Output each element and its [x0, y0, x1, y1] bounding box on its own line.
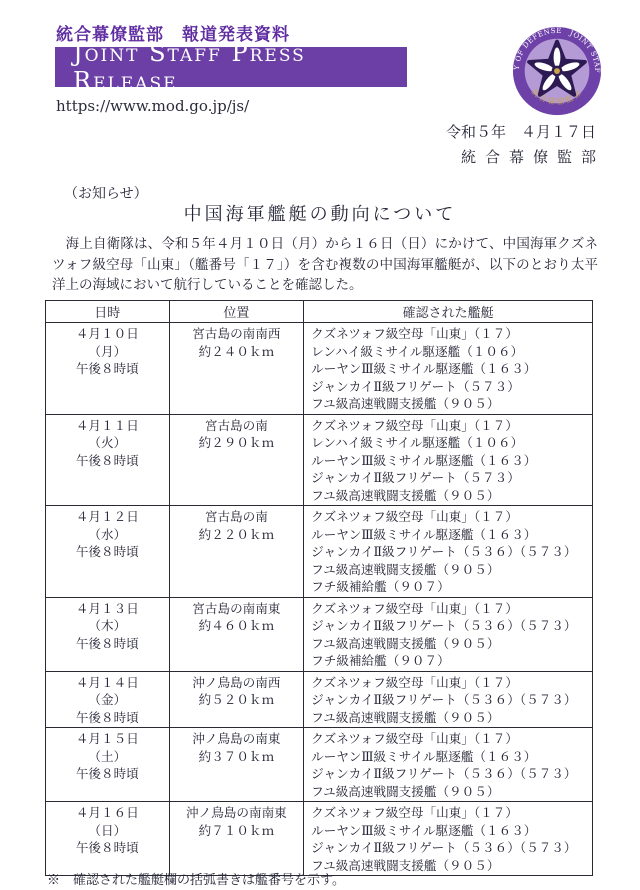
datetime-cell-line: 午後８時頃 [46, 709, 169, 727]
ships-cell: クズネツォフ級空母「山東」（１７）レンハイ級ミサイル駆逐艦（１０６）ルーヤンⅢ級… [304, 414, 593, 506]
ships-cell-line: ジャンカイⅡ級フリゲート（５７３） [311, 469, 592, 487]
position-cell-line: 約３７０ｋｍ [170, 748, 304, 766]
datetime-cell-line: ４月１１日 [46, 417, 169, 435]
datetime-cell-line: ４月１４日 [46, 674, 169, 692]
table-row: ４月１０日（月）午後８時頃宮古島の南南西約２４０ｋｍクズネツォフ級空母「山東」（… [46, 323, 593, 415]
position-cell: 宮古島の南約２２０ｋｍ [169, 506, 304, 598]
position-cell-line: 宮古島の南南東 [170, 600, 304, 618]
ships-cell-line: ジャンカイⅡ級フリゲート（５３６）（５７３） [311, 691, 592, 709]
position-cell-line: 約４６０ｋｍ [170, 617, 304, 635]
position-cell-line: 約２４０ｋｍ [170, 343, 304, 361]
datetime-cell: ４月１０日（月）午後８時頃 [46, 323, 170, 415]
ships-cell: クズネツォフ級空母「山東」（１７）ジャンカイⅡ級フリゲート（５３６）（５７３）フ… [304, 671, 593, 728]
position-cell-line: 沖ノ鳥島の南東 [170, 730, 304, 748]
table-row: ４月１４日（金）午後８時頃沖ノ鳥島の南西約５２０ｋｍクズネツォフ級空母「山東」（… [46, 671, 593, 728]
position-cell-line: 宮古島の南 [170, 417, 304, 435]
joint-staff-seal-icon: MINISTRY OF DEFENSE JOINT STAFF JAPAN 統合… [510, 24, 604, 118]
ships-cell-line: ジャンカイⅡ級フリゲート（５３６）（５７３） [311, 543, 592, 561]
datetime-cell: ４月１１日（火）午後８時頃 [46, 414, 170, 506]
document-title: 中国海軍艦艇の動向について [0, 200, 640, 226]
datetime-cell: ４月１５日（土）午後８時頃 [46, 728, 170, 802]
press-release-page: 統合幕僚監部 報道発表資料 Joint Staff Press Release … [0, 0, 640, 890]
position-cell: 沖ノ鳥島の南南東約７１０ｋｍ [169, 802, 304, 876]
position-cell-line: 沖ノ鳥島の南南東 [170, 804, 304, 822]
ships-cell-line: フチ級補給艦（９０７） [311, 578, 592, 596]
ships-cell-line: クズネツォフ級空母「山東」（１７） [311, 325, 592, 343]
datetime-cell-line: 午後８時頃 [46, 635, 169, 653]
datetime-cell-line: 午後８時頃 [46, 765, 169, 783]
datetime-cell-line: （水） [46, 526, 169, 544]
ships-cell-line: クズネツォフ級空母「山東」（１７） [311, 417, 592, 435]
datetime-cell-line: ４月１２日 [46, 508, 169, 526]
datetime-cell-line: （土） [46, 748, 169, 766]
datetime-cell-line: 午後８時頃 [46, 839, 169, 857]
ships-cell-line: ルーヤンⅢ級ミサイル駆逐艦（１６３） [311, 748, 592, 766]
position-cell: 宮古島の南約２９０ｋｍ [169, 414, 304, 506]
column-header-0: 日時 [46, 301, 170, 323]
ships-cell-line: フユ級高速戦闘支援艦（９０５） [311, 487, 592, 505]
datetime-cell-line: （日） [46, 822, 169, 840]
ships-cell-line: フユ級高速戦闘支援艦（９０５） [311, 395, 592, 413]
column-header-2: 確認された艦艇 [304, 301, 593, 323]
ships-cell-line: ルーヤンⅢ級ミサイル駆逐艦（１６３） [311, 360, 592, 378]
datetime-cell-line: 午後８時頃 [46, 360, 169, 378]
date-block: 令和５年 ４月１７日 統合幕僚監部 [446, 120, 596, 170]
position-cell-line: 約５２０ｋｍ [170, 691, 304, 709]
ships-cell-line: ジャンカイⅡ級フリゲート（５３６）（５７３） [311, 617, 592, 635]
ships-cell-line: クズネツォフ級空母「山東」（１７） [311, 730, 592, 748]
position-cell-line: 約２９０ｋｍ [170, 434, 304, 452]
ships-cell: クズネツォフ級空母「山東」（１７）ルーヤンⅢ級ミサイル駆逐艦（１６３）ジャンカイ… [304, 728, 593, 802]
datetime-cell-line: （木） [46, 617, 169, 635]
site-url: https://www.mod.go.jp/js/ [56, 97, 249, 115]
organization-name: 統合幕僚監部 [446, 145, 605, 170]
column-header-1: 位置 [169, 301, 304, 323]
table-header-row: 日時位置確認された艦艇 [46, 301, 593, 323]
ships-cell-line: フチ級補給艦（９０７） [311, 652, 592, 670]
datetime-cell-line: ４月１０日 [46, 325, 169, 343]
ships-cell-line: フユ級高速戦闘支援艦（９０５） [311, 561, 592, 579]
table-row: ４月１３日（木）午後８時頃宮古島の南南東約４６０ｋｍクズネツォフ級空母「山東」（… [46, 597, 593, 671]
ships-cell-line: レンハイ級ミサイル駆逐艦（１０６） [311, 434, 592, 452]
banner: Joint Staff Press Release [55, 47, 407, 87]
banner-title: Joint Staff Press Release [73, 39, 407, 95]
ships-cell-line: クズネツォフ級空母「山東」（１７） [311, 804, 592, 822]
table-row: ４月１５日（土）午後８時頃沖ノ鳥島の南東約３７０ｋｍクズネツォフ級空母「山東」（… [46, 728, 593, 802]
ships-cell-line: ルーヤンⅢ級ミサイル駆逐艦（１６３） [311, 452, 592, 470]
datetime-cell: ４月１６日（日）午後８時頃 [46, 802, 170, 876]
datetime-cell-line: ４月１３日 [46, 600, 169, 618]
datetime-cell: ４月１３日（木）午後８時頃 [46, 597, 170, 671]
ships-cell-line: クズネツォフ級空母「山東」（１７） [311, 674, 592, 692]
table-row: ４月１１日（火）午後８時頃宮古島の南約２９０ｋｍクズネツォフ級空母「山東」（１７… [46, 414, 593, 506]
ships-cell-line: クズネツォフ級空母「山東」（１７） [311, 600, 592, 618]
ships-cell-line: ルーヤンⅢ級ミサイル駆逐艦（１６３） [311, 526, 592, 544]
position-cell: 沖ノ鳥島の南東約３７０ｋｍ [169, 728, 304, 802]
datetime-cell-line: ４月１６日 [46, 804, 169, 822]
datetime-cell-line: 午後８時頃 [46, 543, 169, 561]
ships-cell-line: ジャンカイⅡ級フリゲート（５７３） [311, 378, 592, 396]
ships-cell: クズネツォフ級空母「山東」（１７）ルーヤンⅢ級ミサイル駆逐艦（１６３）ジャンカイ… [304, 506, 593, 598]
datetime-cell-line: ４月１５日 [46, 730, 169, 748]
ships-cell-line: レンハイ級ミサイル駆逐艦（１０６） [311, 343, 592, 361]
sighting-table: 日時位置確認された艦艇 ４月１０日（月）午後８時頃宮古島の南南西約２４０ｋｍクズ… [45, 300, 593, 876]
datetime-cell-line: 午後８時頃 [46, 452, 169, 470]
table-row: ４月１６日（日）午後８時頃沖ノ鳥島の南南東約７１０ｋｍクズネツォフ級空母「山東」… [46, 802, 593, 876]
body-paragraph: 海上自衛隊は、令和５年４月１０日（月）から１６日（日）にかけて、中国海軍クズネツ… [52, 234, 598, 296]
position-cell-line: 沖ノ鳥島の南西 [170, 674, 304, 692]
position-cell-line: 約２２０ｋｍ [170, 526, 304, 544]
datetime-cell-line: （月） [46, 343, 169, 361]
table-row: ４月１２日（水）午後８時頃宮古島の南約２２０ｋｍクズネツォフ級空母「山東」（１７… [46, 506, 593, 598]
ships-cell: クズネツォフ級空母「山東」（１７）ジャンカイⅡ級フリゲート（５３６）（５７３）フ… [304, 597, 593, 671]
sighting-table-wrap: 日時位置確認された艦艇 ４月１０日（月）午後８時頃宮古島の南南西約２４０ｋｍクズ… [45, 300, 593, 876]
ships-cell-line: クズネツォフ級空母「山東」（１７） [311, 508, 592, 526]
release-date: 令和５年 ４月１７日 [446, 120, 596, 145]
ships-cell-line: フユ級高速戦闘支援艦（９０５） [311, 783, 592, 801]
position-cell: 宮古島の南南西約２４０ｋｍ [169, 323, 304, 415]
footnote: ※ 確認された艦艇欄の括弧書きは艦番号を示す。 [47, 869, 345, 888]
ships-cell-line: ジャンカイⅡ級フリゲート（５３６）（５７３） [311, 839, 592, 857]
position-cell-line: 宮古島の南 [170, 508, 304, 526]
position-cell: 宮古島の南南東約４６０ｋｍ [169, 597, 304, 671]
datetime-cell-line: （金） [46, 691, 169, 709]
ships-cell-line: フユ級高速戦闘支援艦（９０５） [311, 709, 592, 727]
position-cell-line: 宮古島の南南西 [170, 325, 304, 343]
datetime-cell: ４月１４日（金）午後８時頃 [46, 671, 170, 728]
position-cell-line: 約７１０ｋｍ [170, 822, 304, 840]
ships-cell: クズネツォフ級空母「山東」（１７）ルーヤンⅢ級ミサイル駆逐艦（１６３）ジャンカイ… [304, 802, 593, 876]
datetime-cell-line: （火） [46, 434, 169, 452]
ships-cell-line: フユ級高速戦闘支援艦（９０５） [311, 857, 592, 875]
position-cell: 沖ノ鳥島の南西約５２０ｋｍ [169, 671, 304, 728]
ships-cell: クズネツォフ級空母「山東」（１７）レンハイ級ミサイル駆逐艦（１０６）ルーヤンⅢ級… [304, 323, 593, 415]
ships-cell-line: ジャンカイⅡ級フリゲート（５３６）（５７３） [311, 765, 592, 783]
datetime-cell: ４月１２日（水）午後８時頃 [46, 506, 170, 598]
ships-cell-line: フユ級高速戦闘支援艦（９０５） [311, 635, 592, 653]
ships-cell-line: ルーヤンⅢ級ミサイル駆逐艦（１６３） [311, 822, 592, 840]
